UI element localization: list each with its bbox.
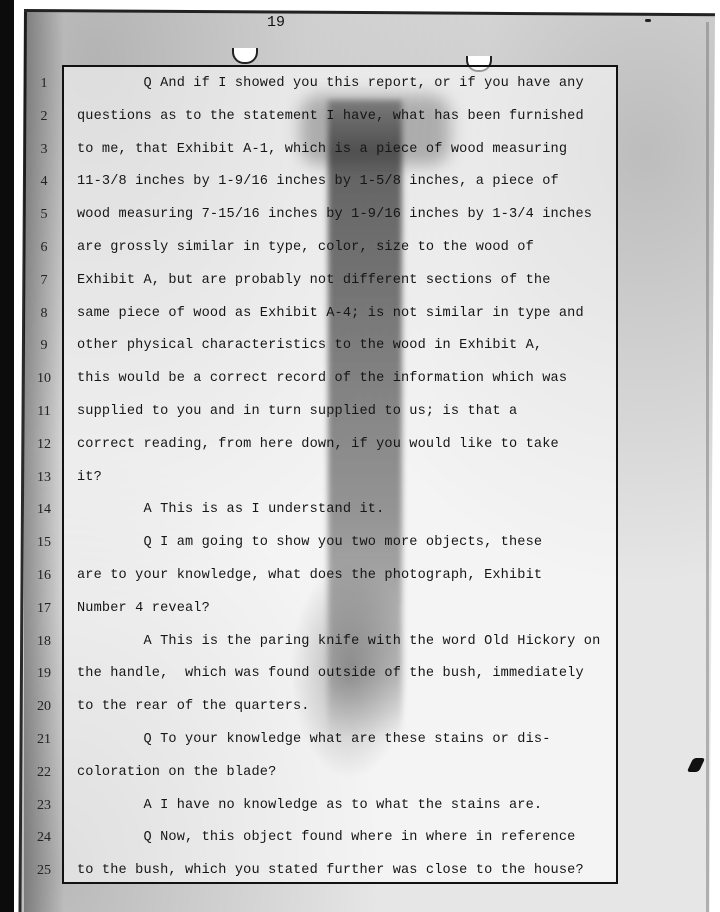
transcript-line: to the rear of the quarters. [77, 699, 310, 714]
line-number: 23 [30, 798, 58, 814]
line-number: 13 [30, 470, 58, 486]
transcript-line: Number 4 reveal? [77, 601, 210, 616]
line-number: 18 [30, 634, 58, 650]
transcript-line: coloration on the blade? [77, 765, 276, 780]
transcript-line: Q To your knowledge what are these stain… [77, 732, 551, 747]
transcript-line: to me, that Exhibit A-1, which is a piec… [77, 142, 567, 157]
line-number: 11 [30, 404, 58, 420]
line-number: 19 [30, 666, 58, 682]
line-number: 16 [30, 568, 58, 584]
line-number: 4 [30, 174, 58, 190]
transcript-line: are grossly similar in type, color, size… [77, 240, 534, 255]
line-number: 8 [30, 306, 58, 322]
transcript-line: Q I am going to show you two more object… [77, 535, 542, 550]
line-number: 22 [30, 765, 58, 781]
transcript-line: supplied to you and in turn supplied to … [77, 404, 517, 419]
transcript-line: Q And if I showed you this report, or if… [77, 76, 584, 91]
transcript-line: this would be a correct record of the in… [77, 371, 567, 386]
transcript-line: A This is as I understand it. [77, 502, 384, 517]
transcript-line: same piece of wood as Exhibit A-4; is no… [77, 306, 584, 321]
transcript-line: questions as to the statement I have, wh… [77, 109, 584, 124]
line-number: 2 [30, 109, 58, 125]
transcript-line: it? [77, 470, 102, 485]
transcript-line: other physical characteristics to the wo… [77, 338, 542, 353]
line-number: 9 [30, 338, 58, 354]
scan-border [0, 0, 14, 912]
transcript-line: wood measuring 7-15/16 inches by 1-9/16 … [77, 207, 592, 222]
page-number: 19 [256, 14, 296, 31]
transcript-line: to the bush, which you stated further wa… [77, 863, 584, 878]
line-number: 3 [30, 142, 58, 158]
line-number: 12 [30, 437, 58, 453]
sheet-edge [706, 22, 709, 912]
line-number: 1 [30, 76, 58, 92]
transcript-line: A I have no knowledge as to what the sta… [77, 798, 542, 813]
line-number: 5 [30, 207, 58, 223]
line-number: 17 [30, 601, 58, 617]
transcript-line: Q Now, this object found where in where … [77, 830, 575, 845]
line-number: 20 [30, 699, 58, 715]
line-number: 24 [30, 830, 58, 846]
line-number: 7 [30, 273, 58, 289]
line-number: 14 [30, 502, 58, 518]
line-number: 10 [30, 371, 58, 387]
transcript-line: correct reading, from here down, if you … [77, 437, 559, 452]
line-number: 6 [30, 240, 58, 256]
transcript-line: A This is the paring knife with the word… [77, 634, 600, 649]
line-number: 15 [30, 535, 58, 551]
transcript-line: 11-3/8 inches by 1-9/16 inches by 1-5/8 … [77, 174, 559, 189]
line-number: 25 [30, 863, 58, 879]
transcript-line: are to your knowledge, what does the pho… [77, 568, 542, 583]
line-number: 21 [30, 732, 58, 748]
transcript-line: Exhibit A, but are probably not differen… [77, 273, 551, 288]
ink-speck [645, 19, 651, 22]
transcript-line: the handle, which was found outside of t… [77, 666, 584, 681]
